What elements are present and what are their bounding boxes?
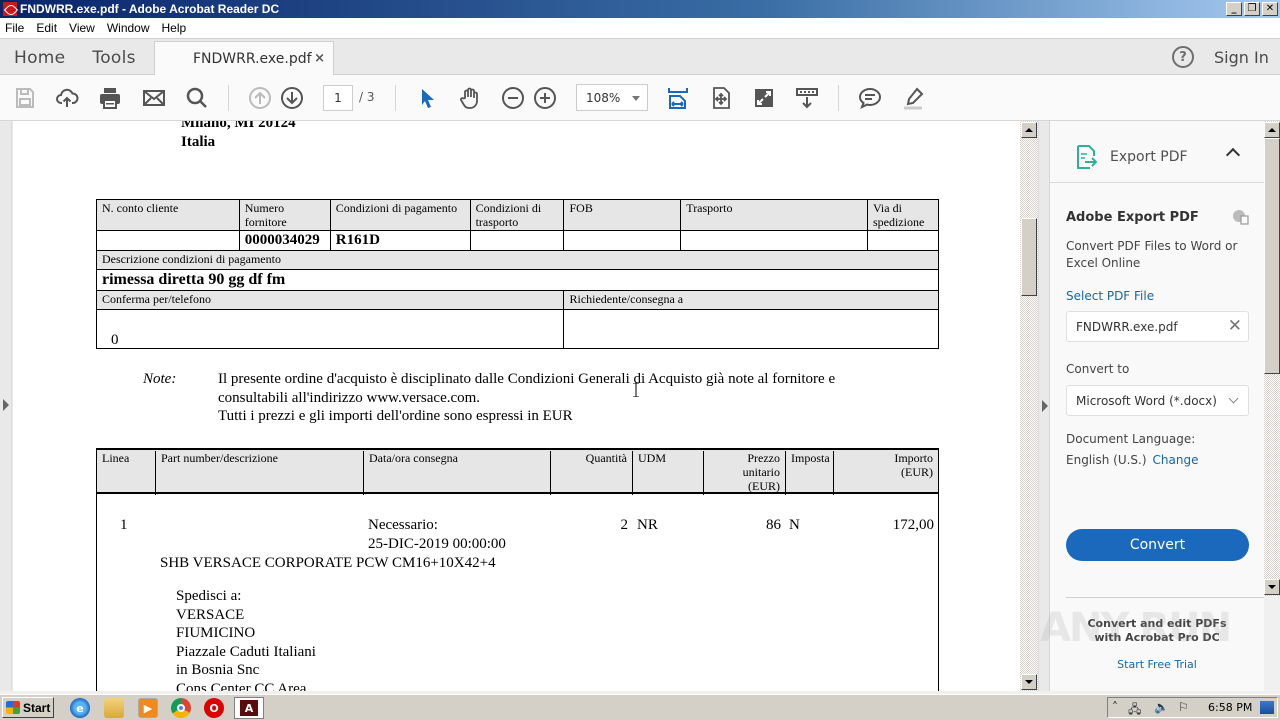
expand-arrow-icon <box>3 399 9 411</box>
menu-bar: File Edit View Window Help <box>0 18 1280 38</box>
highlight-pen-icon[interactable] <box>900 85 926 111</box>
note-label: Note: <box>143 371 176 388</box>
arrow-down-icon <box>1025 680 1033 684</box>
requester-label: Richiedente/consegna a <box>564 291 939 310</box>
document-language-value: English (U.S.) <box>1066 453 1147 467</box>
header-cell: FOB <box>564 200 681 231</box>
acrobat-app-icon <box>3 2 17 16</box>
col-udm: UDM <box>633 451 704 495</box>
ship-to-line: in Bosnia Snc <box>176 661 316 680</box>
close-window-button[interactable]: ✕ <box>1262 2 1278 16</box>
select-pdf-file-link[interactable]: Select PDF File <box>1066 289 1154 303</box>
print-icon[interactable] <box>97 85 123 111</box>
convert-format-select[interactable]: Microsoft Word (*.docx) <box>1066 385 1249 416</box>
ship-to-line: Spedisci a: <box>176 587 316 606</box>
menu-file[interactable]: File <box>0 21 30 35</box>
col-consegna: Data/ora consegna <box>364 451 551 495</box>
value-cell <box>564 231 681 251</box>
tab-document[interactable]: FNDWRR.exe.pdf × <box>154 41 334 76</box>
pdf-page: Milano, MI 20124 Italia N. conto cliente… <box>13 121 1020 691</box>
fit-width-icon[interactable] <box>665 85 691 111</box>
panel-scrollbar[interactable] <box>1264 121 1280 596</box>
ship-to-line: FIUMICINO <box>176 624 316 643</box>
scroll-mode-icon[interactable] <box>794 85 820 111</box>
col-quantita: Quantità <box>551 451 633 495</box>
save-icon[interactable] <box>12 85 38 111</box>
line-items-table: Linea Part number/descrizione Data/ora c… <box>96 448 939 691</box>
start-label: Start <box>23 701 50 715</box>
start-button[interactable]: Start <box>2 697 54 718</box>
header-cell: Trasporto <box>681 200 868 231</box>
export-pdf-title: Export PDF <box>1110 149 1188 165</box>
show-hidden-icons-icon[interactable]: ˄ <box>1112 700 1118 714</box>
anyrun-watermark: ANY RUN <box>1040 605 1230 651</box>
tab-tools[interactable]: Tools <box>92 48 135 68</box>
zoom-level-value: 108% <box>586 91 620 105</box>
chevron-down-icon <box>632 96 640 101</box>
page-total: / 3 <box>359 90 375 104</box>
rotate-pages-icon[interactable] <box>708 85 734 111</box>
change-language-link[interactable]: Change <box>1153 453 1199 467</box>
arrow-down-icon <box>1268 585 1276 589</box>
search-icon[interactable] <box>184 85 210 111</box>
panel-scroll-thumb[interactable] <box>1264 138 1280 374</box>
row-linea: 1 <box>120 516 128 535</box>
ship-to-line: Cons Center CC Area <box>176 680 316 692</box>
scroll-down-button[interactable] <box>1021 674 1037 690</box>
adobe-export-title: Adobe Export PDF <box>1066 210 1199 225</box>
arrow-up-icon <box>1025 128 1033 132</box>
order-header-table: N. conto cliente Numero fornitore Condiz… <box>96 199 939 349</box>
ship-to-block: Spedisci a: VERSACE FIUMICINO Piazzale C… <box>176 587 316 691</box>
address-city: Milano, MI 20124 <box>181 121 296 132</box>
row-quantita: 2 <box>551 516 628 535</box>
document-tab-label: FNDWRR.exe.pdf <box>193 51 312 67</box>
header-cell: Via di spedizione <box>867 200 938 231</box>
document-language-label: Document Language: <box>1066 432 1195 446</box>
ship-to-line: Piazzale Caduti Italiani <box>176 643 316 662</box>
row-udm: NR <box>637 516 658 535</box>
help-icon[interactable]: ? <box>1172 46 1194 68</box>
left-panel-toggle[interactable] <box>0 121 12 691</box>
chevron-down-icon <box>1229 394 1239 404</box>
window-title: FNDWRR.exe.pdf - Adobe Acrobat Reader DC <box>20 2 1226 16</box>
convert-to-label: Convert to <box>1066 362 1129 376</box>
panel-scroll-down-button[interactable] <box>1264 579 1280 595</box>
header-cell: Condizioni di pagamento <box>330 200 470 231</box>
panel-scroll-up-button[interactable] <box>1264 122 1280 138</box>
network-icon[interactable]: 🖧 <box>1128 700 1141 720</box>
chrome-icon[interactable] <box>171 698 191 718</box>
full-screen-icon[interactable] <box>751 85 777 111</box>
note-line: consultabili all'indirizzo www.versace.c… <box>218 389 918 408</box>
sign-in-link[interactable]: Sign In <box>1214 48 1269 67</box>
toolbar: 1 / 3 108% <box>0 75 1280 121</box>
scroll-thumb[interactable] <box>1021 218 1037 296</box>
tab-bar: Home Tools FNDWRR.exe.pdf × ? Sign In <box>0 38 1280 75</box>
col-linea: Linea <box>97 451 156 495</box>
export-pdf-header[interactable]: Export PDF <box>1050 121 1264 183</box>
select-cursor-icon[interactable] <box>414 85 440 111</box>
col-descrizione: Part number/descrizione <box>156 451 364 495</box>
acrobat-taskbar-button[interactable]: A <box>234 697 264 719</box>
restore-button[interactable]: ❐ <box>1244 2 1260 16</box>
payment-desc-label: Descrizione condizioni di pagamento <box>97 251 939 270</box>
page-up-icon[interactable] <box>247 85 273 111</box>
hand-icon[interactable] <box>457 85 483 111</box>
address-country: Italia <box>181 134 215 151</box>
row-prezzo: 86 <box>704 516 781 535</box>
note-line: Il presente ordine d'acquisto è discipli… <box>218 370 918 389</box>
zoom-level-select[interactable]: 108% <box>576 84 648 111</box>
page-down-icon[interactable] <box>279 85 305 111</box>
col-importo: Importo (EUR) <box>834 451 938 495</box>
text-cursor-icon <box>633 383 639 397</box>
menu-help[interactable]: Help <box>156 21 193 35</box>
value-cell <box>470 231 564 251</box>
confirm-value: 0 <box>97 310 564 349</box>
menu-view[interactable]: View <box>63 21 101 35</box>
acrobat-icon: A <box>240 700 258 716</box>
export-pdf-icon <box>1076 145 1098 169</box>
toolbar-separator <box>838 85 839 111</box>
document-scrollbar[interactable] <box>1020 121 1038 691</box>
remove-file-icon[interactable]: ✕ <box>1228 317 1242 335</box>
windows-logo-icon <box>6 701 20 714</box>
minimize-button[interactable]: _ <box>1226 2 1242 16</box>
comment-icon[interactable] <box>857 85 883 111</box>
row-consegna-date: 25-DIC-2019 00:00:00 <box>368 535 506 554</box>
collapse-arrow-icon <box>1042 400 1048 412</box>
value-cell <box>681 231 868 251</box>
panel-divider <box>1066 597 1264 598</box>
confirm-label: Conferma per/telefono <box>97 291 564 310</box>
page-number-input[interactable]: 1 <box>323 85 353 111</box>
row-consegna-label: Necessario: <box>368 516 438 535</box>
title-bar: FNDWRR.exe.pdf - Adobe Acrobat Reader DC… <box>0 0 1280 18</box>
row-descrizione: SHB VERSACE CORPORATE PCW CM16+10X42+4 <box>160 554 496 573</box>
menu-window[interactable]: Window <box>101 21 156 35</box>
convert-format-value: Microsoft Word (*.docx) <box>1076 394 1217 408</box>
toolbar-separator <box>228 85 229 111</box>
email-icon[interactable] <box>141 85 167 111</box>
file-explorer-icon[interactable] <box>104 698 124 718</box>
document-language: English (U.S.)Change <box>1066 453 1199 467</box>
header-cell: N. conto cliente <box>97 200 240 231</box>
ship-to-line: VERSACE <box>176 606 316 625</box>
line-items-header: Linea Part number/descrizione Data/ora c… <box>97 448 938 494</box>
convert-button[interactable]: Convert <box>1066 529 1249 561</box>
document-viewer[interactable]: Milano, MI 20124 Italia N. conto cliente… <box>0 121 1020 691</box>
volume-icon[interactable]: 🔈 <box>1154 700 1169 714</box>
close-tab-icon[interactable]: × <box>314 51 325 66</box>
show-desktop-icon[interactable] <box>1260 701 1274 714</box>
upload-cloud-icon[interactable] <box>54 85 80 111</box>
value-cell <box>867 231 938 251</box>
note-line: Tutti i prezzi e gli importi dell'ordine… <box>218 407 918 426</box>
row-imposta: N <box>789 516 800 535</box>
col-imposta: Imposta <box>786 451 834 495</box>
cloud-documents-icon[interactable] <box>1232 209 1250 225</box>
selected-file-name: FNDWRR.exe.pdf <box>1076 320 1178 334</box>
supplier-number: 0000034029 <box>239 231 330 251</box>
action-center-flag-icon[interactable]: ⚐ <box>1178 700 1189 714</box>
payment-desc-value: rimessa diretta 90 gg df fm <box>97 270 939 291</box>
requester-value <box>564 310 939 349</box>
opera-icon[interactable]: O <box>204 698 224 718</box>
scroll-up-button[interactable] <box>1021 122 1037 138</box>
menu-edit[interactable]: Edit <box>30 21 63 35</box>
zoom-out-icon[interactable] <box>500 85 526 111</box>
clock[interactable]: 6:58 PM <box>1208 701 1252 714</box>
zoom-in-icon[interactable] <box>532 85 558 111</box>
row-importo: 172,00 <box>834 516 934 535</box>
header-cell: Numero fornitore <box>239 200 330 231</box>
selected-file-field[interactable]: FNDWRR.exe.pdf ✕ <box>1066 311 1249 342</box>
chevron-up-icon[interactable] <box>1226 148 1240 162</box>
internet-explorer-icon[interactable]: e <box>70 698 90 718</box>
toolbar-separator <box>395 85 396 111</box>
media-player-icon[interactable]: ▶ <box>138 698 158 718</box>
tab-home[interactable]: Home <box>14 48 65 68</box>
note-text: Il presente ordine d'acquisto è discipli… <box>218 370 918 426</box>
col-prezzo: Prezzo unitario (EUR) <box>704 451 786 495</box>
taskbar: Start e ▶ O A ˄ 🖧 🔈 ⚐ 6:58 PM <box>0 694 1280 720</box>
arrow-up-icon <box>1268 128 1276 132</box>
start-free-trial-link[interactable]: Start Free Trial <box>1050 658 1264 671</box>
payment-terms: R161D <box>330 231 470 251</box>
export-description: Convert PDF Files to Word or Excel Onlin… <box>1066 238 1246 272</box>
header-cell: Condizioni di trasporto <box>470 200 564 231</box>
value-cell <box>97 231 240 251</box>
system-tray: ˄ 🖧 🔈 ⚐ 6:58 PM <box>1107 697 1278 718</box>
